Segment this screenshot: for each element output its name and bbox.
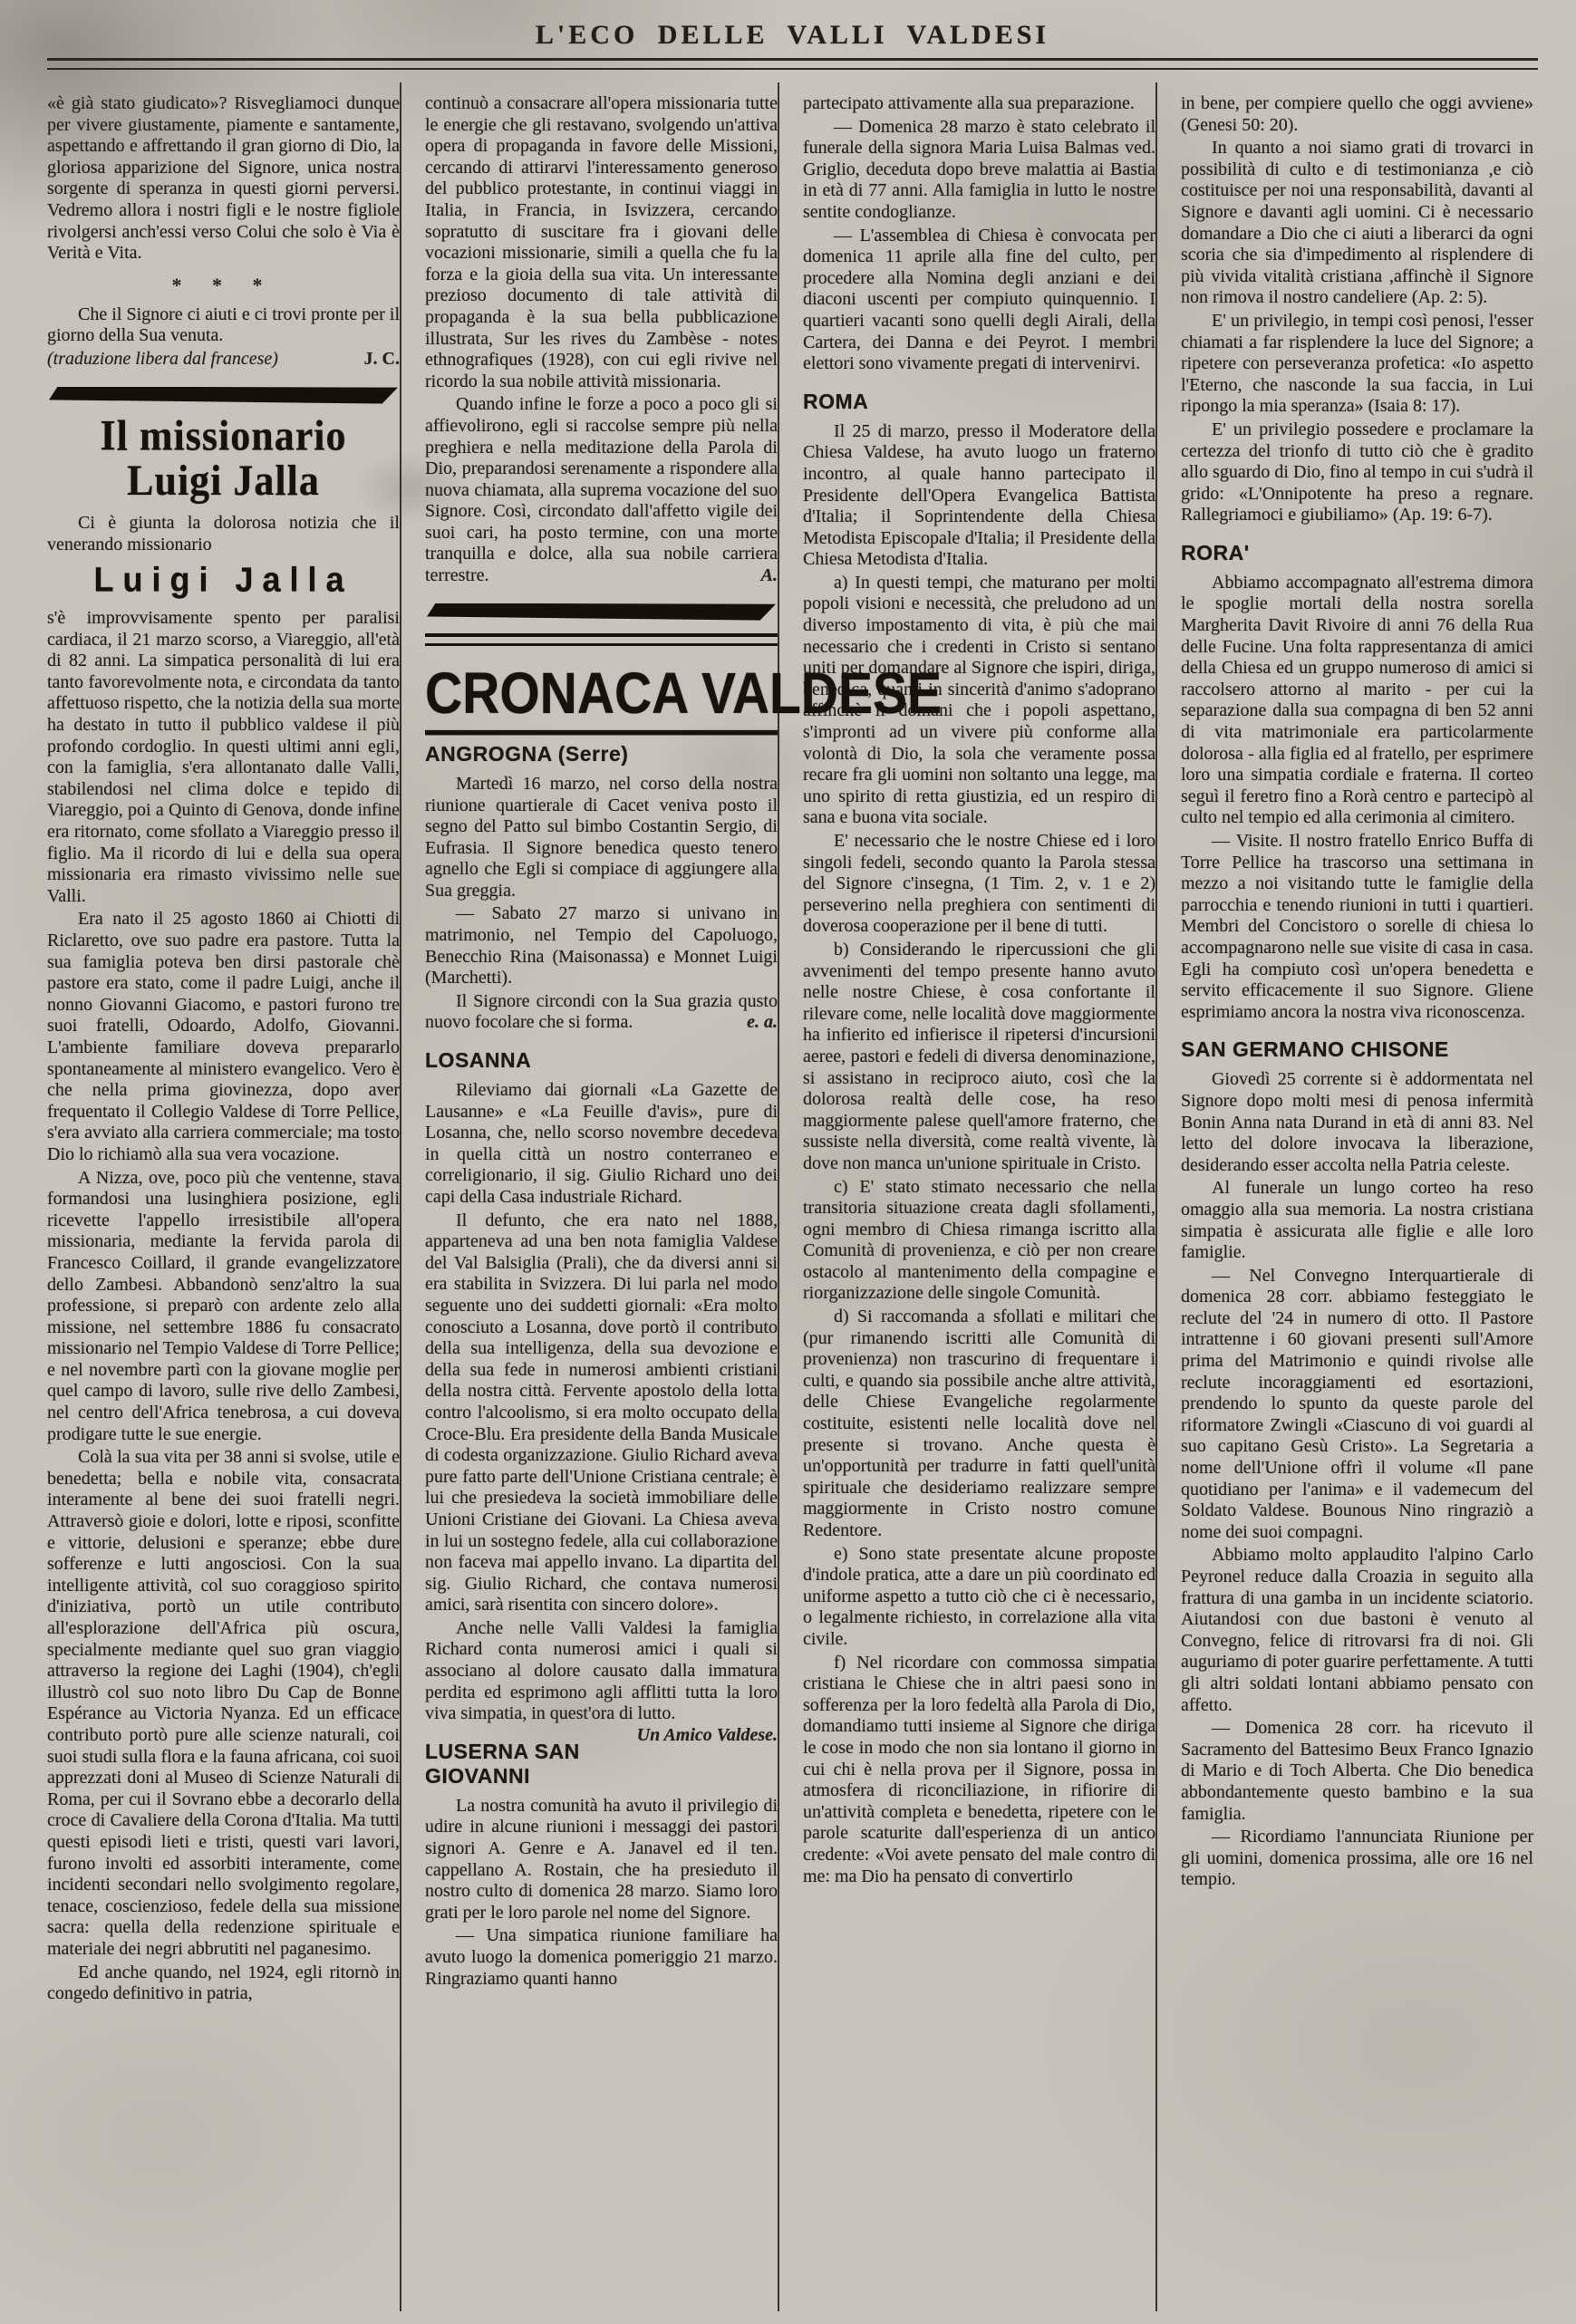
paragraph: Il Signore circondi con la Sua grazia qu…	[425, 991, 778, 1034]
paragraph: — Domenica 28 marzo è stato celebrato il…	[803, 117, 1155, 224]
credit-line: (traduzione libera dal francese)J. C.	[47, 349, 400, 371]
decorative-bar	[49, 387, 398, 404]
paragraph: Al funerale un lungo corteo ha reso omag…	[1181, 1178, 1533, 1263]
paragraph: E' un privilegio, in tempi così penosi, …	[1181, 311, 1533, 418]
column-1: «è già stato giudicato»? Risvegliamoci d…	[47, 82, 400, 2311]
paragraph: — L'assemblea di Chiesa è convocata per …	[803, 226, 1155, 375]
paragraph: — Visite. Il nostro fratello Enrico Buff…	[1181, 831, 1533, 1023]
paragraph: s'è improvvisamente spento per paralisi …	[47, 608, 400, 907]
signature: A.	[718, 565, 778, 587]
paragraph: continuò a consacrare all'opera missiona…	[425, 93, 778, 392]
section-heading: SAN GERMANO CHISONE	[1181, 1037, 1533, 1062]
newspaper-page: L'ECO DELLE VALLI VALDESI «è già stato g…	[0, 0, 1576, 2324]
paragraph: Era nato il 25 agosto 1860 ai Chiotti di…	[47, 909, 400, 1165]
paragraph: in bene, per compiere quello che oggi av…	[1181, 93, 1533, 136]
paragraph: Ed anche quando, nel 1924, egli ritornò …	[47, 1962, 400, 2005]
section-heading: LOSANNA	[425, 1048, 778, 1073]
section-heading: ANGROGNA (Serre)	[425, 742, 778, 767]
paragraph: In quanto a noi siamo grati di trovarci …	[1181, 138, 1533, 309]
section-heading: ROMA	[803, 390, 1155, 414]
paragraph: b) Considerando le ripercussioni che gli…	[803, 940, 1155, 1175]
paragraph: — Sabato 27 marzo si univano in matrimon…	[425, 903, 778, 988]
paragraph: A Nizza, ove, poco più che ventenne, sta…	[47, 1168, 400, 1446]
paragraph: — Nel Convegno Interquartierale di domen…	[1181, 1266, 1533, 1544]
column-3: partecipato attivamente alla sua prepara…	[778, 82, 1155, 2311]
double-rule	[425, 633, 778, 646]
paragraph: — Domenica 28 corr. ha ricevuto il Sacra…	[1181, 1718, 1533, 1825]
article-headline: Il missionario Luigi Jalla	[47, 413, 400, 504]
paragraph: — Ricordiamo l'annunciata Riunione per g…	[1181, 1827, 1533, 1891]
paragraph: Abbiamo molto applaudito l'alpino Carlo …	[1181, 1545, 1533, 1716]
paragraph: partecipato attivamente alla sua prepara…	[803, 93, 1155, 115]
signature: J. C.	[364, 349, 400, 371]
masthead-title: L'ECO DELLE VALLI VALDESI	[47, 14, 1538, 58]
paragraph: Martedì 16 marzo, nel corso della nostra…	[425, 774, 778, 902]
stars-separator: * * *	[47, 274, 400, 297]
paragraph: Rileviamo dai giornali «La Gazette de La…	[425, 1080, 778, 1209]
column-layout: «è già stato giudicato»? Risvegliamoci d…	[47, 82, 1538, 2311]
decorative-bar	[427, 603, 776, 621]
name-line: Luigi Jalla	[47, 560, 400, 600]
paragraph: Che il Signore ci aiuti e ci trovi pront…	[47, 304, 400, 347]
paragraph: Giovedì 25 corrente si è addormentata ne…	[1181, 1069, 1533, 1176]
paragraph: Il defunto, che era nato nel 1888, appar…	[425, 1210, 778, 1616]
section-banner: CRONACA VALDESE	[425, 664, 778, 736]
paragraph: E' necessario che le nostre Chiese ed i …	[803, 831, 1155, 938]
paragraph: Il 25 di marzo, presso il Moderatore del…	[803, 421, 1155, 571]
paragraph: E' un privilegio possedere e proclamare …	[1181, 419, 1533, 526]
paragraph: f) Nel ricordare con commossa simpatia c…	[803, 1653, 1155, 1888]
column-4: in bene, per compiere quello che oggi av…	[1155, 82, 1533, 2311]
page-content: L'ECO DELLE VALLI VALDESI «è già stato g…	[0, 0, 1576, 2311]
paragraph: Quando infine le forze a poco a poco gli…	[425, 394, 778, 586]
section-heading: RORA'	[1181, 541, 1533, 565]
signature: Un Amico Valdese.	[594, 1725, 778, 1747]
newspaper-scan: { "masthead": { "title": "L'ECO DELLE VA…	[0, 0, 1576, 2324]
credit-text: (traduzione libera dal francese)	[47, 349, 278, 371]
paragraph: La nostra comunità ha avuto il privilegi…	[425, 1796, 778, 1924]
masthead-rule	[47, 58, 1538, 70]
paragraph: d) Si raccomanda a sfollati e militari c…	[803, 1307, 1155, 1542]
paragraph: Abbiamo accompagnato all'estrema dimora …	[1181, 573, 1533, 829]
section-heading: LUSERNA SAN GIOVANNI	[425, 1740, 778, 1789]
signature: e. a.	[703, 1012, 778, 1034]
paragraph: «è già stato giudicato»? Risvegliamoci d…	[47, 93, 400, 265]
paragraph: — Una simpatica riunione familiare ha av…	[425, 1925, 778, 1990]
paragraph: e) Sono state presentate alcune proposte…	[803, 1544, 1155, 1651]
paragraph: Ci è giunta la dolorosa notizia che il v…	[47, 513, 400, 555]
paragraph: Anche nelle Valli Valdesi la famiglia Ri…	[425, 1618, 778, 1725]
paragraph: c) E' stato stimato necessario che nella…	[803, 1177, 1155, 1306]
column-2: continuò a consacrare all'opera missiona…	[400, 82, 778, 2311]
paragraph: Colà la sua vita per 38 anni si svolse, …	[47, 1447, 400, 1960]
